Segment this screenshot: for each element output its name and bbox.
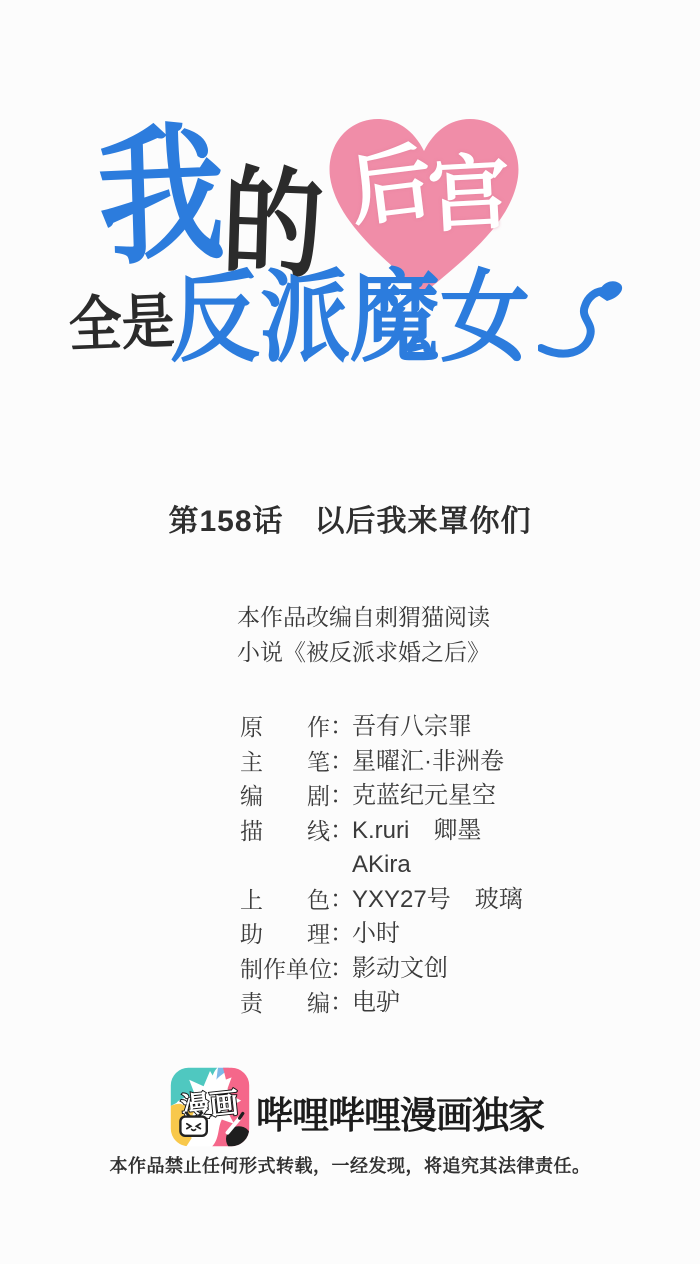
adaptation-line-1: 本作品改编自刺猬猫阅读 (237, 600, 490, 635)
credit-colon: ： (330, 986, 352, 1021)
title-logo: 我 的 后 宫 全是 反派魔女 (0, 0, 700, 440)
publisher-block: 漫画 哔哩哔哩漫画独家 (0, 1060, 700, 1160)
credit-colon: ： (330, 710, 352, 745)
adaptation-note: 本作品改编自刺猬猫阅读 小说《被反派求婚之后》 (237, 600, 490, 670)
copyright-disclaimer: 本作品禁止任何形式转载，一经发现，将追究其法律责任。 (0, 1152, 700, 1178)
credit-colon: ： (330, 779, 352, 814)
heart-char-hou: 后 (345, 141, 436, 232)
credit-label: 上色 (240, 883, 330, 918)
credit-value: AKira (352, 851, 411, 878)
credit-label: 主笔 (240, 745, 330, 780)
credit-value: YXY27号 玻璃 (352, 886, 523, 913)
title-line2-main: 反派魔女 (170, 268, 530, 368)
publisher-exclusive-text: 哔哩哔哩漫画独家 (256, 1085, 544, 1139)
bilibili-comics-logo-icon: 漫画 (170, 1066, 250, 1148)
credit-row-line-art-continued: AKira (240, 848, 523, 883)
credit-colon: ： (330, 917, 352, 952)
credit-value: 影动文创 (352, 955, 448, 982)
title-char-wo: 我 (96, 119, 226, 274)
comic-title-page: 我 的 后 宫 全是 反派魔女 第158话 以后我来罩你们 本作品改编自刺猬猫阅… (0, 0, 700, 1264)
credit-value: 星曜汇·非洲卷 (352, 748, 504, 775)
credit-row-assistant: 助理：小时 (240, 917, 523, 952)
devil-tail-icon (538, 278, 632, 364)
adaptation-line-2: 小说《被反派求婚之后》 (237, 635, 490, 670)
credit-colon: ： (330, 814, 352, 849)
credit-row-production-studio: 制作单位：影动文创 (240, 952, 523, 987)
credit-row-editor: 责编：电驴 (240, 986, 523, 1021)
chapter-title: 第158话 以后我来罩你们 (0, 496, 700, 540)
credit-label: 描线 (240, 814, 330, 849)
credit-value: K.ruri 卿墨 (352, 817, 481, 844)
credit-value: 吾有八宗罪 (352, 713, 472, 740)
credit-row-original-work: 原作：吾有八宗罪 (240, 710, 523, 745)
credit-value: 电驴 (352, 989, 400, 1016)
credit-label: 原作 (240, 710, 330, 745)
credit-row-line-art: 描线：K.ruri 卿墨 (240, 814, 523, 849)
credit-label: 编剧 (240, 779, 330, 814)
credit-label: 制作单位 (240, 952, 330, 987)
credit-colon: ： (330, 745, 352, 780)
credit-value: 小时 (352, 920, 400, 947)
credit-label: 助理 (240, 917, 330, 952)
title-line2-prefix: 全是 (68, 292, 175, 356)
credits-list: 原作：吾有八宗罪 主笔：星曜汇·非洲卷 编剧：克蓝纪元星空 描线：K.ruri … (240, 710, 523, 1021)
credit-colon: ： (330, 883, 352, 918)
credit-value: 克蓝纪元星空 (352, 782, 496, 809)
credit-label: 责编 (240, 986, 330, 1021)
credit-row-lead-artist: 主笔：星曜汇·非洲卷 (240, 745, 523, 780)
credit-colon: ： (330, 952, 352, 987)
bilibili-tv-face-icon (180, 1113, 206, 1136)
heart-char-gong: 宫 (426, 152, 512, 238)
credit-row-screenwriter: 编剧：克蓝纪元星空 (240, 779, 523, 814)
credit-row-coloring: 上色：YXY27号 玻璃 (240, 883, 523, 918)
